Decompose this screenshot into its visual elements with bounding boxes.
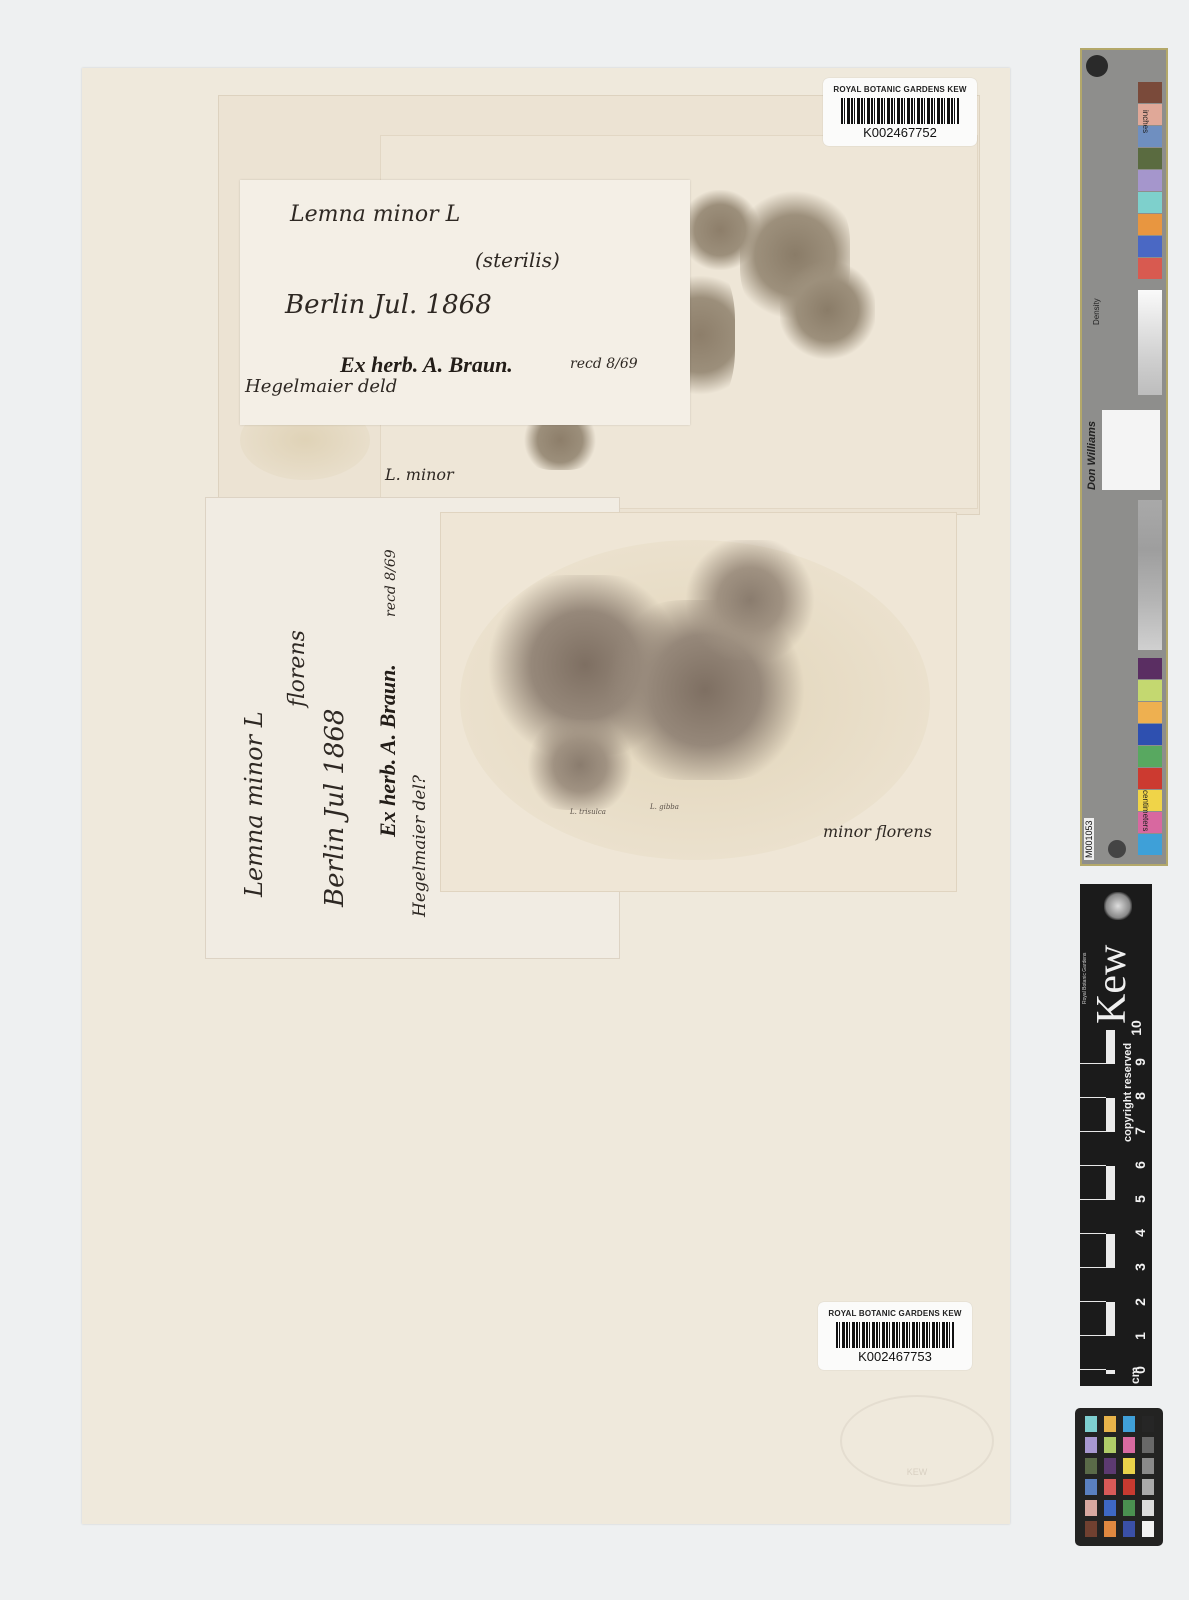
checker-patch [1123, 1458, 1135, 1474]
color-swatch [1138, 214, 1162, 235]
units-centimeters: centimeters [1141, 790, 1150, 831]
barcode-icon [841, 98, 959, 124]
checker-patch [1142, 1500, 1154, 1516]
label-locality-date: Berlin Jul. 1868 [285, 290, 492, 320]
checker-patch [1123, 1479, 1135, 1495]
specimen-note-florens: minor florens [823, 822, 932, 841]
checker-patch [1104, 1416, 1116, 1432]
scale-tick-label: 6 [1132, 1161, 1148, 1169]
scale-tick-label: 2 [1132, 1298, 1148, 1306]
checker-patch [1104, 1458, 1116, 1474]
checker-patch [1085, 1437, 1097, 1453]
color-swatch [1138, 702, 1162, 723]
specimen-note-trisulca: L. trisulca [570, 808, 606, 816]
checker-patch [1085, 1479, 1097, 1495]
label-taxon: Lemna minor L [240, 711, 268, 897]
color-swatch [1138, 768, 1162, 789]
scale-tick-label: 8 [1132, 1092, 1148, 1100]
color-swatch [1138, 258, 1162, 279]
label-herbarium-source: Ex herb. A. Braun. [340, 352, 513, 378]
color-swatch [1138, 192, 1162, 213]
color-reference-bar: Don Williams Density M001053 inches cent… [1080, 48, 1168, 866]
checker-patch [1142, 1521, 1154, 1537]
barcode-label-bottom: ROYAL BOTANIC GARDENS KEW K002467753 [818, 1302, 972, 1370]
scale-tick-label: 1 [1132, 1332, 1148, 1340]
label-condition: florens [285, 630, 310, 707]
color-checker-card [1075, 1408, 1163, 1546]
determination-label-top: Lemna minor L (sterilis) Berlin Jul. 186… [240, 180, 690, 425]
herbarium-stamp: KEW [840, 1395, 994, 1487]
scale-tick-label: 9 [1132, 1058, 1148, 1066]
checker-patch [1142, 1437, 1154, 1453]
units-inches: inches [1141, 110, 1150, 133]
checker-patch [1085, 1500, 1097, 1516]
packet-note: L. minor [385, 465, 454, 484]
cm-scale-ruler [1080, 1030, 1106, 1374]
checker-patch [1085, 1416, 1097, 1432]
barcode-label-top: ROYAL BOTANIC GARDENS KEW K002467752 [823, 78, 977, 146]
grayscale-patches [1138, 500, 1162, 650]
label-annotation: Hegelmaier del? [410, 775, 430, 917]
color-swatch [1138, 82, 1162, 103]
checker-patch [1123, 1416, 1135, 1432]
density-label: Density [1092, 298, 1101, 325]
brand-label: Don Williams [1086, 421, 1098, 490]
reference-dot-icon [1086, 55, 1108, 77]
serial-number: M001053 [1084, 818, 1094, 860]
specimen-note-gibba: L. gibba [650, 803, 679, 811]
checker-patch [1104, 1437, 1116, 1453]
cm-scale-ruler-alt [1106, 1030, 1115, 1374]
barcode-institution: ROYAL BOTANIC GARDENS KEW [823, 85, 977, 94]
color-swatch [1138, 680, 1162, 701]
label-condition: (sterilis) [475, 248, 560, 272]
barcode-icon [836, 1322, 954, 1348]
label-taxon: Lemna minor L [290, 202, 460, 227]
checker-patch [1142, 1458, 1154, 1474]
label-locality-date: Berlin Jul 1868 [320, 709, 350, 907]
checker-patch [1104, 1500, 1116, 1516]
checker-patch [1085, 1458, 1097, 1474]
unit-label: cm [1128, 1367, 1142, 1384]
scale-tick-label: 4 [1132, 1229, 1148, 1237]
scale-tick-label: 5 [1132, 1195, 1148, 1203]
barcode-id: K002467752 [823, 125, 977, 140]
label-received: recd 8/69 [570, 356, 638, 372]
label-received: recd 8/69 [383, 549, 399, 617]
checker-patch [1123, 1437, 1135, 1453]
checker-patch [1085, 1521, 1097, 1537]
kew-scale-bar: Kew Royal Botanic Gardens copyright rese… [1080, 884, 1152, 1386]
scale-tick-label: 3 [1132, 1263, 1148, 1271]
checker-patch [1123, 1521, 1135, 1537]
color-swatch [1138, 724, 1162, 745]
checker-patch [1104, 1479, 1116, 1495]
color-swatch [1138, 834, 1162, 855]
reference-dot-icon [1108, 840, 1126, 858]
checker-patch [1142, 1416, 1154, 1432]
checker-patch [1104, 1521, 1116, 1537]
kew-crest-icon [1104, 892, 1132, 920]
kew-brand: Kew [1088, 945, 1136, 1024]
color-swatch [1138, 236, 1162, 257]
kew-subtitle: Royal Botanic Gardens [1082, 953, 1088, 1004]
barcode-institution: ROYAL BOTANIC GARDENS KEW [818, 1309, 972, 1318]
checker-patch [1123, 1500, 1135, 1516]
determination-label-bottom: Lemna minor L florens Berlin Jul 1868 Ex… [205, 497, 450, 957]
checker-patch [1142, 1479, 1154, 1495]
label-annotation: Hegelmaier deld [245, 376, 397, 397]
scale-tick-label: 7 [1132, 1127, 1148, 1135]
color-swatch [1138, 658, 1162, 679]
grayscale-patches [1138, 290, 1162, 395]
barcode-id: K002467753 [818, 1349, 972, 1364]
color-swatch [1138, 170, 1162, 191]
scale-tick-label: 10 [1128, 1020, 1144, 1036]
resolution-target [1102, 410, 1160, 490]
color-swatch [1138, 148, 1162, 169]
label-herbarium-source: Ex herb. A. Braun. [375, 664, 401, 837]
color-swatch [1138, 746, 1162, 767]
